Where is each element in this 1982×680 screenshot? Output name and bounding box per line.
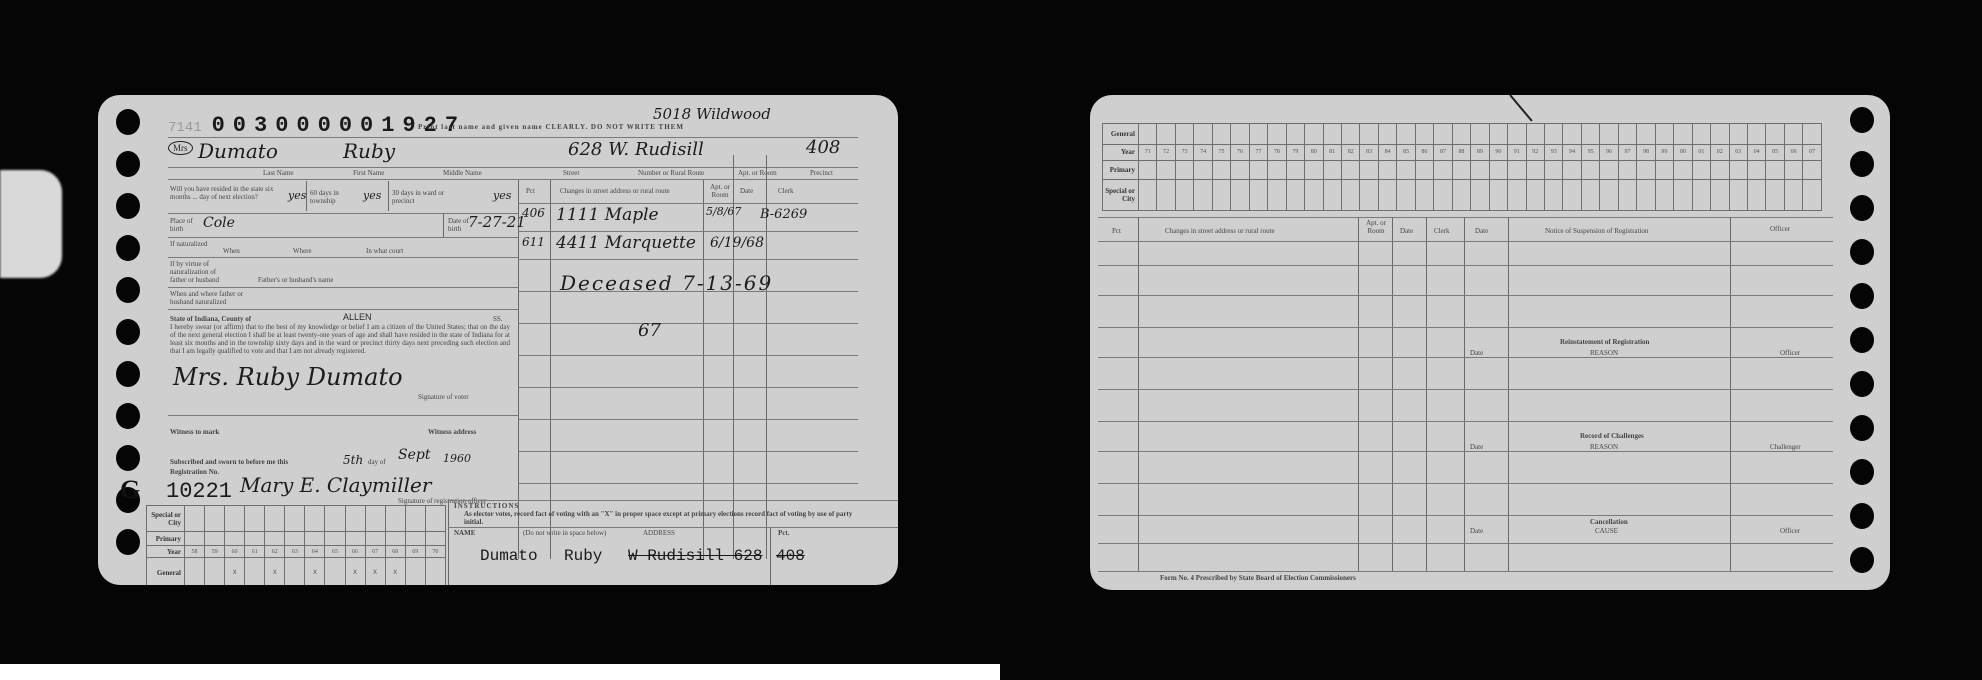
voting-history-grid-back: General Year 717273747576777879808182838…	[1102, 123, 1822, 211]
grid-label-general: General	[147, 558, 185, 586]
change-clerk: B-6269	[760, 207, 807, 222]
grid-year: 88	[1452, 144, 1470, 161]
sworn-month: Sept	[398, 447, 430, 463]
top-right-note: 5018 Wildwood	[653, 105, 771, 123]
county-value: ALLEN	[343, 312, 372, 322]
grid-year: 95	[1581, 144, 1599, 161]
grid-year: 76	[1231, 144, 1249, 161]
vote-mark	[285, 558, 305, 586]
grid-year: 79	[1286, 144, 1304, 161]
vote-mark	[425, 558, 445, 586]
punch-hole-icon	[116, 403, 140, 429]
label-signature-voter: Signature of voter	[418, 393, 469, 401]
form-footer: Form No. 4 Prescribed by State Board of …	[1160, 574, 1356, 582]
change-address: 1111 Maple	[556, 205, 659, 225]
title-prefix: Mrs	[168, 141, 193, 155]
grid-year: 68	[385, 546, 405, 558]
label-number: Number or Rural Route	[638, 169, 704, 177]
answer-date-of-birth: 7-27-21	[468, 213, 526, 231]
vote-mark	[205, 558, 225, 586]
label-where: Where	[293, 247, 312, 255]
answer-thirty-days: yes	[493, 189, 511, 202]
grid-year: 98	[1637, 144, 1655, 161]
grid-year: 89	[1471, 144, 1489, 161]
scan-bottom-bar	[0, 664, 1000, 680]
grid-year: 86	[1415, 144, 1433, 161]
sworn-day: 5th	[343, 453, 363, 467]
registrar-signature: Mary E. Claymiller	[240, 473, 431, 497]
reinstatement-reason: REASON	[1590, 349, 1618, 357]
grid-year: 58	[185, 546, 205, 558]
label-address: ADDRESS	[643, 529, 675, 537]
label-ss: SS.	[493, 315, 503, 323]
cancellation-date: Date	[1470, 527, 1483, 535]
challenges-title: Record of Challenges	[1580, 432, 1644, 440]
typed-last-name: Dumato	[480, 547, 538, 565]
punch-hole-icon	[1850, 107, 1874, 133]
precinct-number: 408	[806, 137, 840, 158]
grid-label-year: Year	[147, 546, 185, 558]
grid-year: 71	[1139, 144, 1157, 161]
punch-hole-icon	[116, 193, 140, 219]
header-clerk: Clerk	[778, 187, 794, 195]
grid-year: 00	[1674, 144, 1692, 161]
grid-year: 93	[1544, 144, 1562, 161]
header-pct: Pct	[526, 187, 535, 195]
typed-first-name: Ruby	[564, 547, 602, 565]
punch-hole-icon	[1850, 371, 1874, 397]
label-naturalized: If naturalized	[170, 240, 220, 248]
grid-year: 06	[1784, 144, 1802, 161]
grid-year: 60	[225, 546, 245, 558]
label-state-county: State of Indiana, County of	[170, 315, 251, 323]
change-address: 4411 Marquette	[556, 233, 696, 253]
oath-text: I hereby swear (or affirm) that to the b…	[170, 323, 510, 355]
vote-mark: X	[305, 558, 325, 586]
grid-year: 90	[1489, 144, 1507, 161]
reinstatement-date: Date	[1470, 349, 1483, 357]
label-sixty-days: 60 days in township	[310, 189, 360, 205]
vote-mark	[185, 558, 205, 586]
label-last-name: Last Name	[263, 169, 294, 177]
registration-letter: G	[120, 475, 140, 505]
punch-hole-icon	[1850, 327, 1874, 353]
last-name: Dumato	[198, 139, 278, 163]
header-suspension: Notice of Suspension of Registration	[1545, 227, 1648, 235]
grid-year: 96	[1600, 144, 1618, 161]
label-apt: Apt. or Room	[738, 169, 777, 177]
grid-year: 03	[1729, 144, 1747, 161]
header-suspension-date: Date	[1475, 227, 1488, 235]
vote-mark: X	[265, 558, 285, 586]
label-court: In what court	[366, 247, 403, 255]
grid-label-special: Special or City	[1103, 179, 1139, 210]
punch-hole-icon	[1850, 239, 1874, 265]
reinstatement-title: Reinstatement of Registration	[1560, 338, 1649, 346]
grid-year: 74	[1194, 144, 1212, 161]
grid-year: 99	[1655, 144, 1673, 161]
grid-year: 77	[1249, 144, 1267, 161]
grid-label-primary: Primary	[1103, 161, 1139, 180]
punch-hole-icon	[1850, 195, 1874, 221]
grid-year: 05	[1766, 144, 1784, 161]
header-date: Date	[1400, 227, 1413, 235]
grid-year: 91	[1508, 144, 1526, 161]
change-date: 6/19/68	[710, 235, 764, 251]
header-changes: Changes in street address or rural route	[1165, 227, 1275, 235]
grid-label-general: General	[1103, 124, 1139, 145]
punch-hole-icon	[116, 319, 140, 345]
vote-mark: X	[365, 558, 385, 586]
label-resided-question: Will you have resided in the state six m…	[170, 185, 280, 201]
grid-year: 01	[1692, 144, 1710, 161]
label-first-name: First Name	[353, 169, 384, 177]
registration-number: 10221	[166, 479, 232, 504]
label-father-name: Father's or husband's name	[258, 276, 333, 284]
grid-year: 73	[1175, 144, 1193, 161]
vote-mark: X	[385, 558, 405, 586]
answer-place-of-birth: Cole	[203, 215, 235, 231]
grid-year: 83	[1360, 144, 1378, 161]
cancellation-title: Cancellation	[1590, 518, 1628, 526]
label-pct: Pct.	[778, 529, 789, 537]
cancellation-cause: CAUSE	[1595, 527, 1618, 535]
punch-hole-icon	[116, 529, 140, 555]
grid-year: 94	[1563, 144, 1581, 161]
instructions-text: As elector votes, record fact of voting …	[464, 510, 854, 526]
voter-registration-card-front: 7141003000001927 Print last name and giv…	[98, 95, 898, 585]
grid-label-special: Special or City	[147, 506, 185, 532]
scan-edge-tab	[0, 170, 62, 278]
grid-year: 84	[1378, 144, 1396, 161]
sworn-year: 1960	[443, 452, 471, 465]
grid-label-primary: Primary	[147, 532, 185, 546]
header-pct: Pct	[1112, 227, 1121, 235]
punch-hole-icon	[1850, 283, 1874, 309]
challenges-date: Date	[1470, 443, 1483, 451]
answer-sixty-days: yes	[363, 189, 381, 202]
grid-year: 80	[1305, 144, 1323, 161]
label-street: Street	[563, 169, 579, 177]
voter-signature: Mrs. Ruby Dumato	[173, 363, 403, 391]
grid-year: 61	[245, 546, 265, 558]
margin-note: 67	[638, 320, 661, 341]
label-naturalized-father: If by virtue of naturalization of father…	[170, 260, 232, 284]
punch-hole-icon	[1850, 459, 1874, 485]
grid-year: 62	[265, 546, 285, 558]
punch-hole-icon	[1850, 547, 1874, 573]
first-name: Ruby	[343, 139, 395, 163]
label-thirty-days: 30 days in ward or precinct	[392, 189, 452, 205]
challenges-challenger: Challenger	[1770, 443, 1801, 451]
typed-pct: 408	[776, 547, 805, 565]
label-day-of: day of	[368, 458, 386, 466]
header-instruction: Print last name and given name CLEARLY. …	[418, 123, 684, 131]
grid-year: 87	[1434, 144, 1452, 161]
label-when: When	[223, 247, 240, 255]
header-date: Date	[740, 187, 753, 195]
vote-mark: X	[225, 558, 245, 586]
label-place-of-birth: Place of birth	[170, 217, 204, 233]
label-middle-name: Middle Name	[443, 169, 482, 177]
punch-hole-icon	[1850, 503, 1874, 529]
punch-hole-icon	[116, 235, 140, 261]
grid-year: 69	[405, 546, 425, 558]
header-apt-room: Apt. or Room	[1362, 219, 1390, 235]
challenges-reason: REASON	[1590, 443, 1618, 451]
grid-year: 97	[1618, 144, 1636, 161]
grid-year: 65	[325, 546, 345, 558]
header-officer: Officer	[1770, 225, 1790, 233]
grid-year: 70	[425, 546, 445, 558]
punch-hole-icon	[116, 445, 140, 471]
grid-year: 02	[1711, 144, 1729, 161]
change-date: 5/8/67	[706, 205, 741, 218]
reinstatement-officer: Officer	[1780, 349, 1800, 357]
instructions-title: INSTRUCTIONS	[454, 502, 519, 510]
punch-hole-icon	[116, 109, 140, 135]
punch-hole-icon	[116, 151, 140, 177]
punch-hole-icon	[1850, 415, 1874, 441]
header-apt-room: Apt. or Room	[708, 183, 732, 199]
grid-year: 85	[1397, 144, 1415, 161]
grid-year: 81	[1323, 144, 1341, 161]
grid-year: 78	[1268, 144, 1286, 161]
punch-hole-icon	[116, 277, 140, 303]
grid-year: 07	[1803, 144, 1822, 161]
label-witness-address: Witness address	[428, 428, 476, 436]
grid-year: 75	[1212, 144, 1230, 161]
vote-mark	[405, 558, 425, 586]
vote-mark	[245, 558, 265, 586]
header-changes: Changes in street address or rural route	[560, 187, 700, 195]
grid-year: 59	[205, 546, 225, 558]
label-subscribed: Subscribed and sworn to before me this	[170, 458, 288, 466]
header-clerk: Clerk	[1434, 227, 1450, 235]
label-witness-mark: Witness to mark	[170, 428, 219, 436]
change-pct: 611	[522, 235, 545, 249]
vote-mark: X	[345, 558, 365, 586]
voter-registration-card-back: General Year 717273747576777879808182838…	[1090, 95, 1890, 590]
grid-label-year: Year	[1103, 144, 1139, 161]
grid-year: 92	[1526, 144, 1544, 161]
grid-year: 04	[1747, 144, 1765, 161]
label-do-not-write: (Do not write in space below)	[523, 529, 606, 537]
pen-stroke	[1509, 95, 1532, 122]
grid-year: 82	[1341, 144, 1359, 161]
grid-year: 67	[365, 546, 385, 558]
label-precinct: Precinct	[810, 169, 833, 177]
typed-address: W Rudisill 628	[628, 547, 762, 565]
grid-year: 63	[285, 546, 305, 558]
label-name: NAME	[454, 529, 475, 537]
label-registration-no: Registration No.	[170, 468, 219, 476]
punch-hole-icon	[116, 361, 140, 387]
street-address: 628 W. Rudisill	[568, 139, 704, 160]
answer-resided: yes	[288, 189, 306, 202]
cancellation-officer: Officer	[1780, 527, 1800, 535]
grid-year: 66	[345, 546, 365, 558]
label-when-where-father: When and where father or husband natural…	[170, 290, 245, 306]
voting-history-grid: Special or City Primary Year 58 59 60 61…	[146, 505, 446, 585]
punch-hole-icon	[1850, 151, 1874, 177]
vote-mark	[325, 558, 345, 586]
grid-year: 64	[305, 546, 325, 558]
serial-prefix: 7141	[168, 120, 202, 136]
grid-year: 72	[1157, 144, 1175, 161]
